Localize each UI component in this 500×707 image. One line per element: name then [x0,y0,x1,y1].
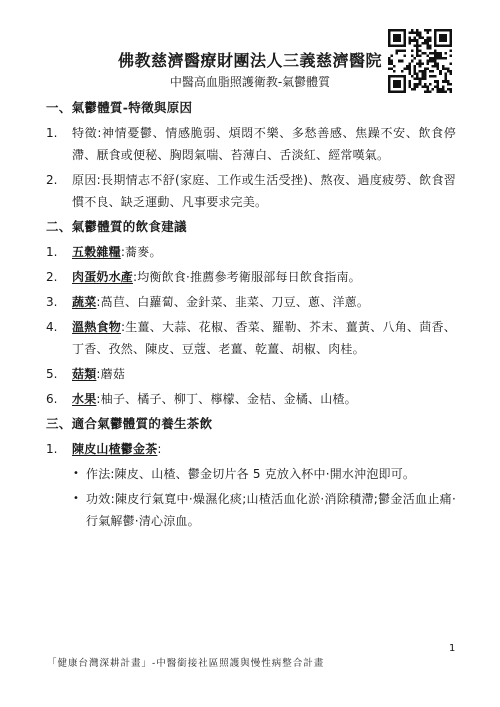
footer-project-text: 「健康台灣深耕計畫」-中醫銜接社區照護與慢性病整合計畫 [47,655,324,669]
item-number: 4. [46,316,72,360]
item-body: :均衡飲食·推薦參考衛服部每日飲食指南。 [133,270,361,284]
item-label: 五穀雜糧 [72,245,121,259]
list-item: 3. 蔬菜:萵苣、白蘿蔔、金針菜、韭菜、刀豆、蔥、洋蔥。 [46,291,456,313]
item-label: 陳皮山楂鬱金茶 [72,442,157,456]
item-body: :蕎麥。 [121,245,162,259]
section-heading: 一、氣鬱體質-特徵與原因 [46,97,456,119]
item-label: 蔬菜 [72,295,96,309]
document-page: 佛教慈濟醫療財團法人三義慈濟醫院 中醫高血脂照護衛教-氣鬱體質 一、氣鬱體質-特… [0,0,500,707]
item-label: 溫熱食物 [72,320,121,334]
item-body: 原因:長期情志不舒(家庭、工作或生活受挫)、熬夜、過度疲勞、飲食習慣不良、缺乏運… [72,173,456,209]
item-text: 五穀雜糧:蕎麥。 [72,241,456,263]
item-body: 特徵:神情憂鬱、情感脆弱、煩悶不樂、多愁善感、焦躁不安、飲食停滯、厭食或便秘、胸… [72,126,456,162]
item-label: 菇類 [72,367,96,381]
item-text: 菇類:蘑菇 [72,363,456,385]
bullet-item: • 作法:陳皮、山楂、鬱金切片各 5 克放入杯中·開水沖泡即可。 [73,463,456,485]
list-item: 6. 水果:柚子、橘子、柳丁、檸檬、金桔、金橘、山楂。 [46,388,456,410]
item-number: 6. [46,388,72,410]
item-number: 3. [46,291,72,313]
item-body: :萵苣、白蘿蔔、金針菜、韭菜、刀豆、蔥、洋蔥。 [96,295,369,309]
list-item: 2. 原因:長期情志不舒(家庭、工作或生活受挫)、熬夜、過度疲勞、飲食習慣不良、… [46,169,456,213]
item-text: 肉蛋奶水產:均衡飲食·推薦參考衛服部每日飲食指南。 [72,266,456,288]
item-label: 水果 [72,392,96,406]
item-body: :生薑、大蒜、花椒、香菜、羅勒、芥末、薑黃、八角、茴香、丁香、孜然、陳皮、豆蔻、… [72,320,456,356]
item-text: 特徵:神情憂鬱、情感脆弱、煩悶不樂、多愁善感、焦躁不安、飲食停滯、厭食或便秘、胸… [72,122,456,166]
document-body: 一、氣鬱體質-特徵與原因 1. 特徵:神情憂鬱、情感脆弱、煩悶不樂、多愁善感、焦… [46,97,456,532]
qr-code-icon [388,29,452,93]
item-number: 1. [46,122,72,166]
item-body: :蘑菇 [96,367,125,381]
item-body: : [157,442,161,456]
list-item: 4. 溫熱食物:生薑、大蒜、花椒、香菜、羅勒、芥末、薑黃、八角、茴香、丁香、孜然… [46,316,456,360]
bullet-marker: • [73,463,86,485]
list-item: 2. 肉蛋奶水產:均衡飲食·推薦參考衛服部每日飲食指南。 [46,266,456,288]
item-text: 溫熱食物:生薑、大蒜、花椒、香菜、羅勒、芥末、薑黃、八角、茴香、丁香、孜然、陳皮… [72,316,456,360]
list-item: 1. 特徵:神情憂鬱、情感脆弱、煩悶不樂、多愁善感、焦躁不安、飲食停滯、厭食或便… [46,122,456,166]
item-number: 2. [46,169,72,213]
page-number: 1 [449,643,455,654]
item-text: 蔬菜:萵苣、白蘿蔔、金針菜、韭菜、刀豆、蔥、洋蔥。 [72,291,456,313]
item-number: 2. [46,266,72,288]
section-heading: 三、適合氣鬱體質的養生茶飲 [46,413,456,435]
item-number: 1. [46,241,72,263]
bullet-text: 作法:陳皮、山楂、鬱金切片各 5 克放入杯中·開水沖泡即可。 [86,463,456,485]
list-item: 1. 陳皮山楂鬱金茶: [46,438,456,460]
bullet-text: 功效:陳皮行氣寬中·燥濕化痰;山楂活血化淤·消除積滯;鬱金活血止痛·行氣解鬱·清… [86,488,456,532]
bullet-marker: • [73,488,86,532]
bullet-item: • 功效:陳皮行氣寬中·燥濕化痰;山楂活血化淤·消除積滯;鬱金活血止痛·行氣解鬱… [73,488,456,532]
section-heading: 二、氣鬱體質的飲食建議 [46,216,456,238]
item-text: 原因:長期情志不舒(家庭、工作或生活受挫)、熬夜、過度疲勞、飲食習慣不良、缺乏運… [72,169,456,213]
list-item: 5. 菇類:蘑菇 [46,363,456,385]
item-text: 陳皮山楂鬱金茶: [72,438,456,460]
item-label: 肉蛋奶水產 [72,270,133,284]
item-text: 水果:柚子、橘子、柳丁、檸檬、金桔、金橘、山楂。 [72,388,456,410]
bullet-list: • 作法:陳皮、山楂、鬱金切片各 5 克放入杯中·開水沖泡即可。 • 功效:陳皮… [73,463,456,532]
item-number: 1. [46,438,72,460]
item-number: 5. [46,363,72,385]
item-body: :柚子、橘子、柳丁、檸檬、金桔、金橘、山楂。 [96,392,356,406]
list-item: 1. 五穀雜糧:蕎麥。 [46,241,456,263]
